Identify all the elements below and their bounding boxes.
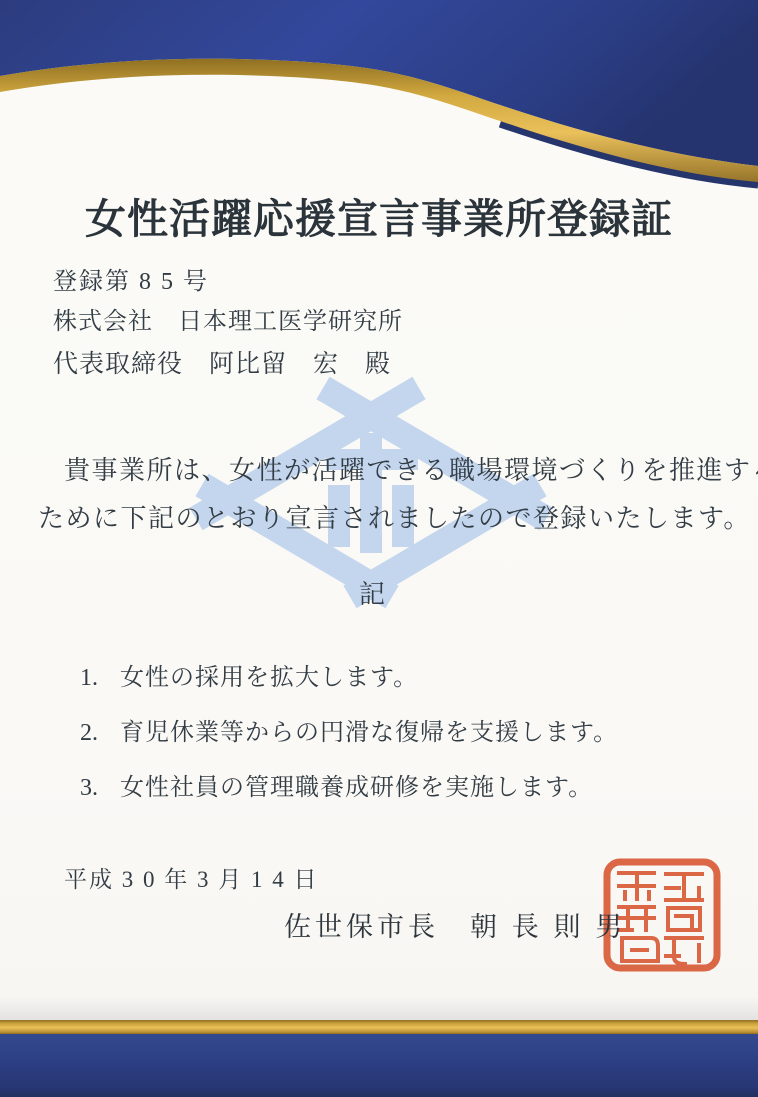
top-border-decoration bbox=[0, 0, 758, 200]
bottom-shadow-gradient bbox=[0, 996, 758, 1020]
seal-script-strokes bbox=[619, 873, 702, 964]
body-text-line-1: 貴事業所は、女性が活躍できる職場環境づくりを推進する bbox=[64, 450, 758, 487]
bottom-navy-band bbox=[0, 1034, 758, 1097]
certificate-page: 佐世保市章 女性活躍応援宣言事業所登録証 登録第 8 5 号 株式会社 日本理工… bbox=[0, 0, 758, 1097]
issue-date: 平成 3 0 年 3 月 1 4 日 bbox=[64, 861, 319, 894]
item-number: 3. bbox=[80, 775, 120, 802]
list-item-3: 3.女性社員の管理職養成研修を実施します。 bbox=[52, 740, 593, 829]
addressee-line: 代表取締役 阿比留 宏 殿 bbox=[53, 344, 391, 380]
item-text: 女性社員の管理職養成研修を実施します。 bbox=[120, 775, 593, 801]
bottom-gold-stripe bbox=[0, 1020, 758, 1034]
mayor-signature: 佐世保市長 朝 長 則 男 bbox=[284, 905, 626, 944]
body-text-line-2: ために下記のとおり宣言されましたので登録いたします。 bbox=[38, 498, 751, 535]
ki-heading: 記 bbox=[0, 574, 744, 611]
certificate-title: 女性活躍応援宣言事業所登録証 bbox=[0, 186, 758, 245]
company-name: 株式会社 日本理工医学研究所 bbox=[53, 301, 403, 336]
registration-number: 登録第 8 5 号 bbox=[53, 261, 209, 296]
